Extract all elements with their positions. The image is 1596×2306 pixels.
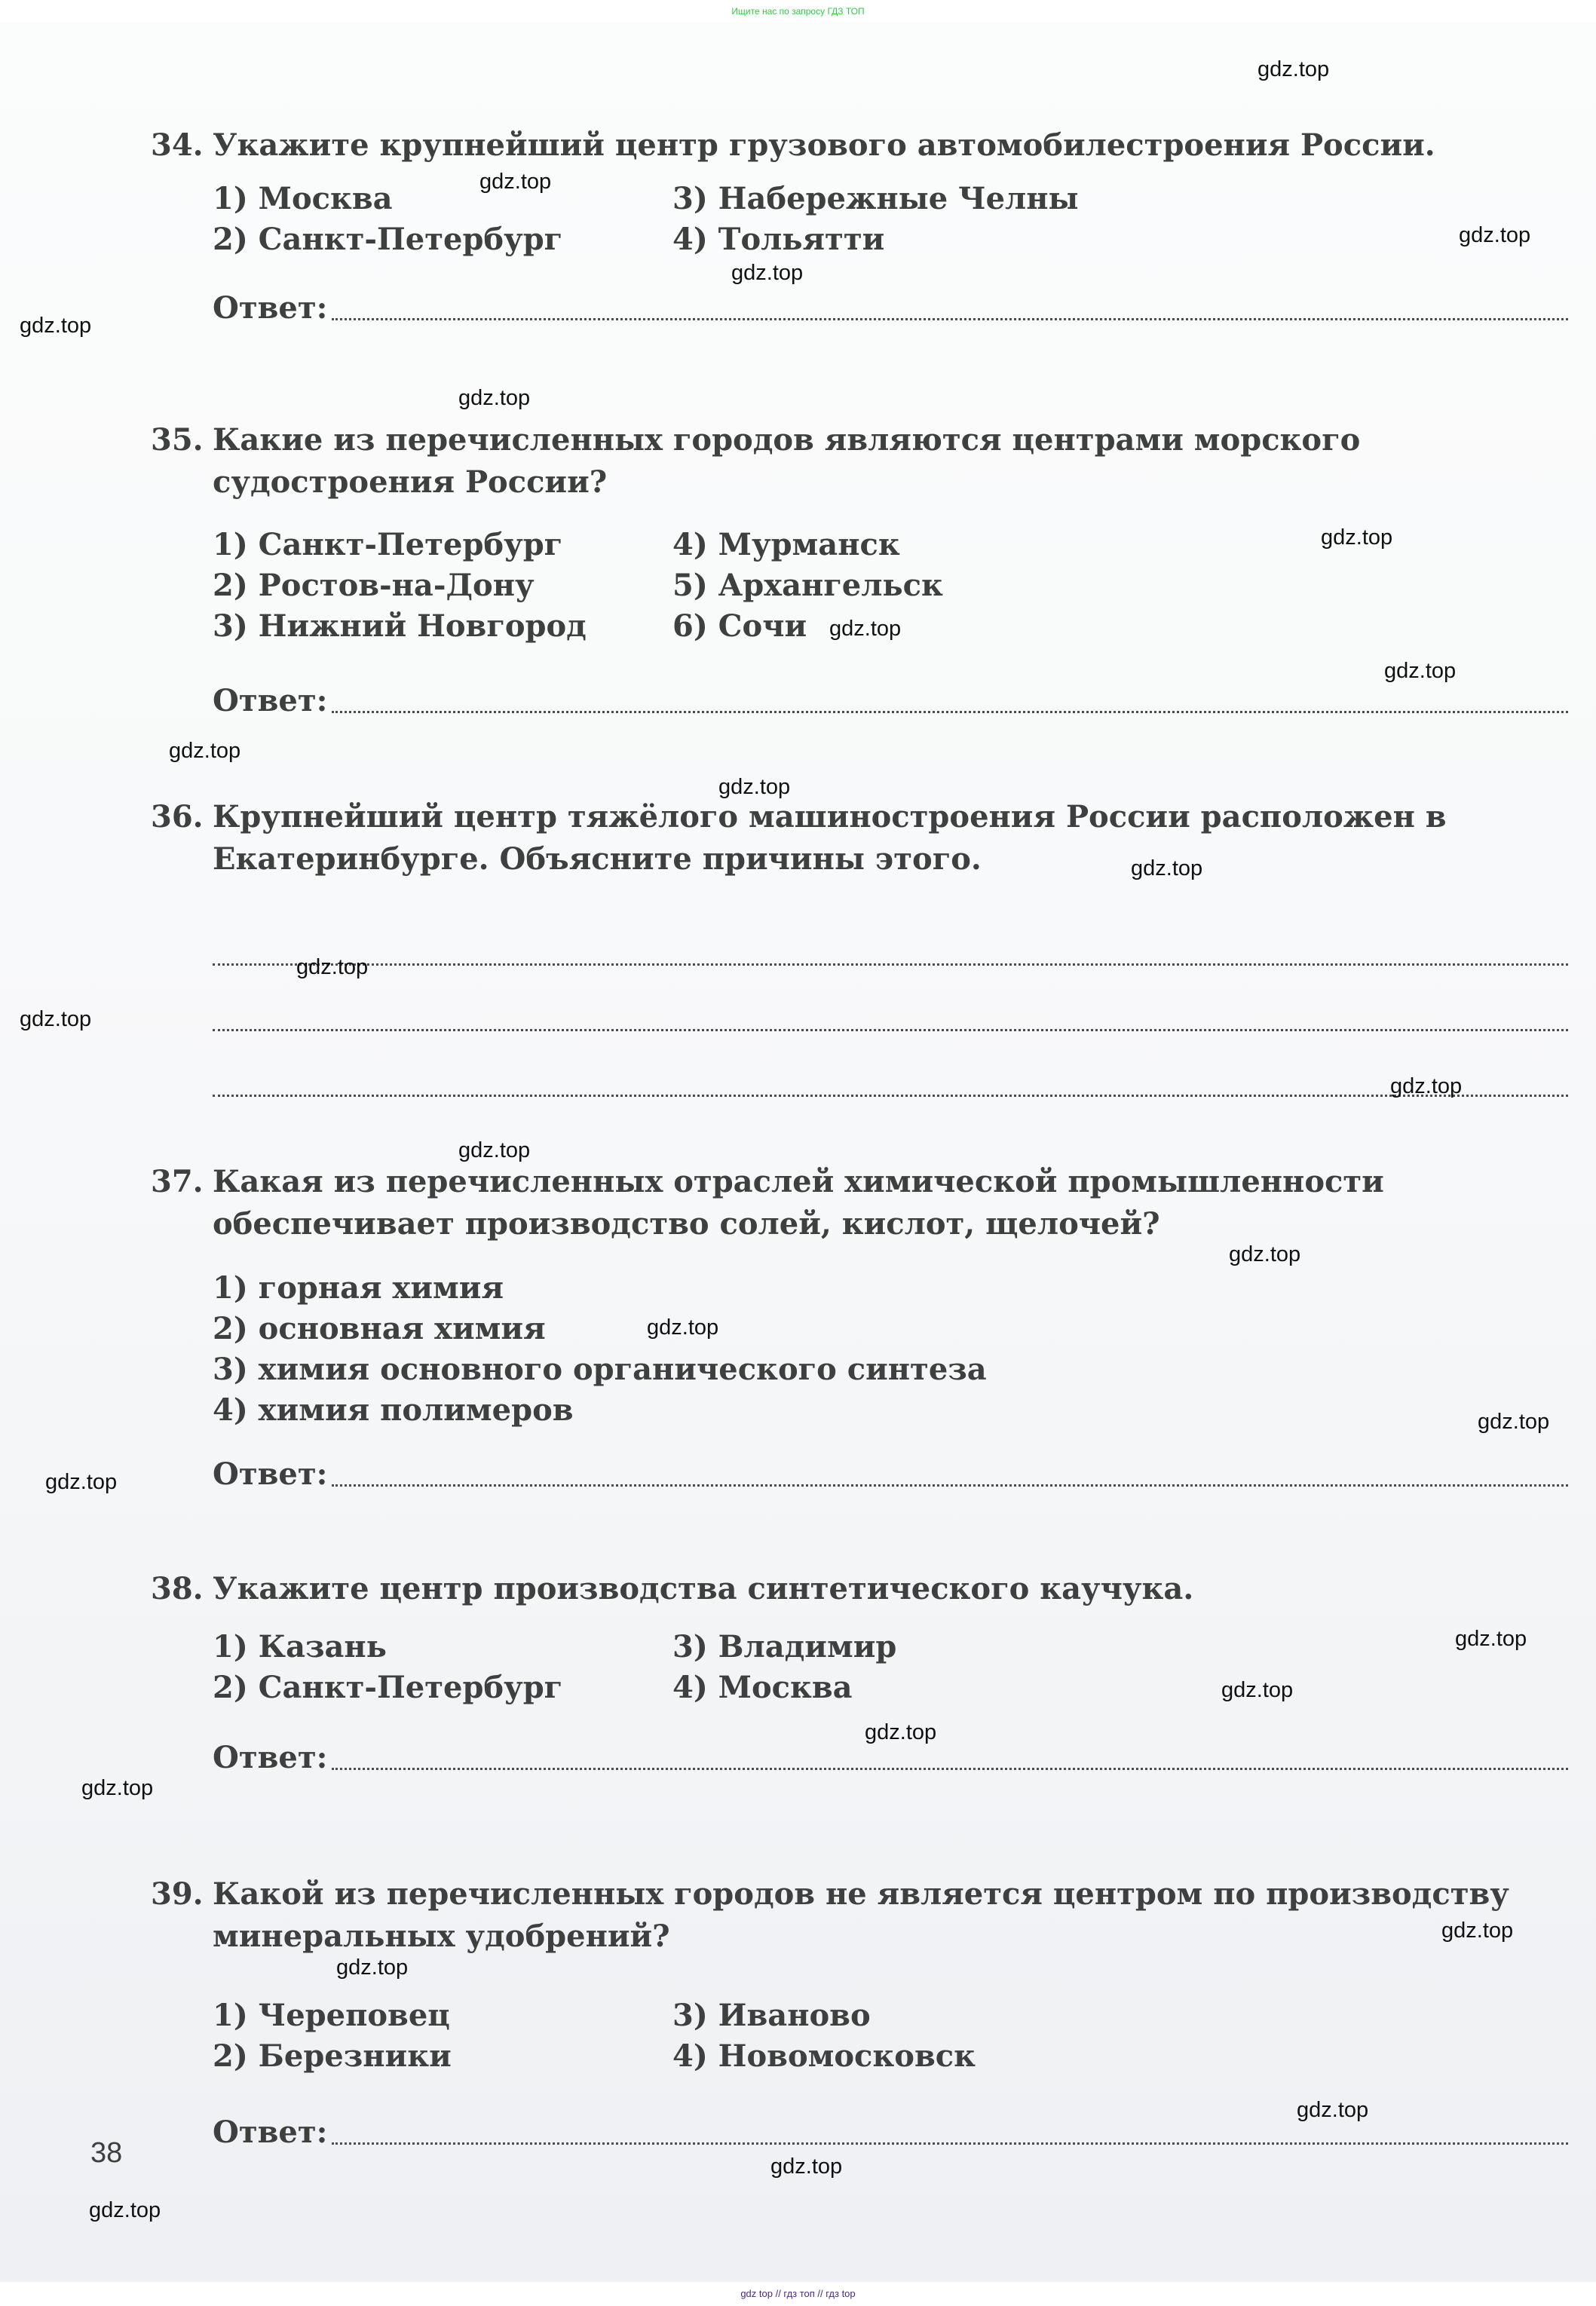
options-list: 1) Москва 3) Набережные Челны 2) Санкт-П… bbox=[213, 179, 1568, 260]
answer-field[interactable]: Ответ: bbox=[213, 680, 1568, 722]
watermark: gdz.top bbox=[479, 170, 551, 194]
question-36: 36. Крупнейший центр тяжёлого машиностро… bbox=[151, 796, 1568, 1097]
option: 4) Тольятти bbox=[672, 219, 1125, 260]
option: 4) Новомосковск bbox=[672, 2036, 1125, 2077]
question-number: 34. bbox=[151, 124, 213, 167]
question-38: 38. Укажите центр производства синтетиче… bbox=[151, 1568, 1568, 1779]
answer-line[interactable] bbox=[332, 711, 1568, 713]
watermark: gdz.top bbox=[1390, 1074, 1462, 1099]
top-banner: Ищите нас по запросу ГДЗ ТОП bbox=[0, 0, 1596, 23]
watermark: gdz.top bbox=[865, 1720, 936, 1745]
watermark: gdz.top bbox=[1459, 223, 1530, 248]
options-list: 1) Казань 3) Владимир 2) Санкт-Петербург… bbox=[213, 1627, 1568, 1708]
answer-line[interactable] bbox=[332, 1484, 1568, 1487]
question-text: Какая из перечисленных отраслей химическ… bbox=[213, 1161, 1568, 1245]
answer-label: Ответ: bbox=[213, 2112, 327, 2154]
option: 1) Москва bbox=[213, 179, 672, 219]
bottom-banner: gdz top // гдз топ // гдз top bbox=[0, 2282, 1596, 2306]
watermark: gdz.top bbox=[718, 775, 790, 800]
question-number: 36. bbox=[151, 796, 213, 880]
option: 1) Санкт-Петербург bbox=[213, 525, 672, 565]
question-37: 37. Какая из перечисленных отраслей хими… bbox=[151, 1161, 1568, 1496]
option: 3) Набережные Челны bbox=[672, 179, 1125, 219]
answer-label: Ответ: bbox=[213, 1453, 327, 1496]
watermark: gdz.top bbox=[81, 1776, 153, 1801]
watermark: gdz.top bbox=[770, 2154, 842, 2179]
watermark: gdz.top bbox=[45, 1470, 117, 1495]
answer-line[interactable] bbox=[332, 1768, 1568, 1770]
answer-line[interactable] bbox=[213, 1029, 1568, 1031]
option: 3) Иваново bbox=[672, 1995, 1125, 2036]
watermark: gdz.top bbox=[1321, 525, 1392, 550]
watermark: gdz.top bbox=[1221, 1678, 1293, 1703]
question-text: Крупнейший центр тяжёлого машиностроения… bbox=[213, 796, 1568, 880]
answer-field[interactable]: Ответ: bbox=[213, 1453, 1568, 1496]
question-text: Какой из перечисленных городов не являет… bbox=[213, 1873, 1568, 1958]
answer-label: Ответ: bbox=[213, 1737, 327, 1779]
option: 2) Березники bbox=[213, 2036, 672, 2077]
option: 4) Москва bbox=[672, 1667, 1125, 1708]
page-number: 38 bbox=[90, 2137, 122, 2170]
option: 1) Казань bbox=[213, 1627, 672, 1667]
watermark: gdz.top bbox=[458, 1138, 530, 1163]
option: 2) Ростов-на-Дону bbox=[213, 565, 672, 606]
option: 1) Череповец bbox=[213, 1995, 672, 2036]
watermark: gdz.top bbox=[647, 1315, 718, 1340]
watermark: gdz.top bbox=[20, 1007, 91, 1032]
question-text: Укажите крупнейший центр грузового автом… bbox=[213, 124, 1568, 167]
watermark: gdz.top bbox=[1384, 659, 1456, 684]
option: 1) горная химия bbox=[213, 1268, 1117, 1309]
question-34: 34. Укажите крупнейший центр грузового а… bbox=[151, 124, 1568, 329]
watermark: gdz.top bbox=[1258, 57, 1329, 82]
option: 4) Мурманск bbox=[672, 525, 1125, 565]
question-35: 35. Какие из перечисленных городов являю… bbox=[151, 419, 1568, 722]
answer-field[interactable]: Ответ: bbox=[213, 287, 1568, 329]
option: 3) Нижний Новгород bbox=[213, 606, 672, 647]
answer-line[interactable] bbox=[213, 963, 1568, 966]
watermark: gdz.top bbox=[1229, 1242, 1300, 1267]
question-number: 39. bbox=[151, 1873, 213, 1958]
watermark: gdz.top bbox=[89, 2198, 161, 2223]
watermark: gdz.top bbox=[1297, 2098, 1368, 2123]
watermark: gdz.top bbox=[458, 386, 530, 411]
watermark: gdz.top bbox=[1441, 1919, 1513, 1943]
watermark: gdz.top bbox=[1478, 1410, 1549, 1435]
option: 4) химия полимеров bbox=[213, 1390, 1117, 1431]
answer-label: Ответ: bbox=[213, 680, 327, 722]
options-list: 1) горная химия 2) основная химия 3) хим… bbox=[213, 1268, 1568, 1431]
option: 2) Санкт-Петербург bbox=[213, 1667, 672, 1708]
answer-line[interactable] bbox=[332, 2142, 1568, 2145]
question-text: Какие из перечисленных городов являются … bbox=[213, 419, 1568, 504]
answer-line[interactable] bbox=[213, 1095, 1568, 1097]
option: 2) Санкт-Петербург bbox=[213, 219, 672, 260]
watermark: gdz.top bbox=[20, 314, 91, 338]
watermark: gdz.top bbox=[1131, 856, 1202, 881]
question-text: Укажите центр производства синтетическог… bbox=[213, 1568, 1568, 1610]
option: 3) Владимир bbox=[672, 1627, 1125, 1667]
watermark: gdz.top bbox=[731, 261, 803, 286]
watermark: gdz.top bbox=[169, 739, 240, 764]
question-number: 35. bbox=[151, 419, 213, 504]
answer-line[interactable] bbox=[332, 318, 1568, 320]
answer-label: Ответ: bbox=[213, 287, 327, 329]
options-list: 1) Череповец 3) Иваново 2) Березники 4) … bbox=[213, 1995, 1568, 2077]
watermark: gdz.top bbox=[1455, 1627, 1527, 1652]
watermark: gdz.top bbox=[336, 1955, 408, 1980]
question-number: 37. bbox=[151, 1161, 213, 1245]
watermark: gdz.top bbox=[829, 617, 901, 642]
option: 3) химия основного органического синтеза bbox=[213, 1349, 1117, 1390]
question-number: 38. bbox=[151, 1568, 213, 1610]
option: 5) Архангельск bbox=[672, 565, 1125, 606]
watermark: gdz.top bbox=[296, 955, 368, 980]
